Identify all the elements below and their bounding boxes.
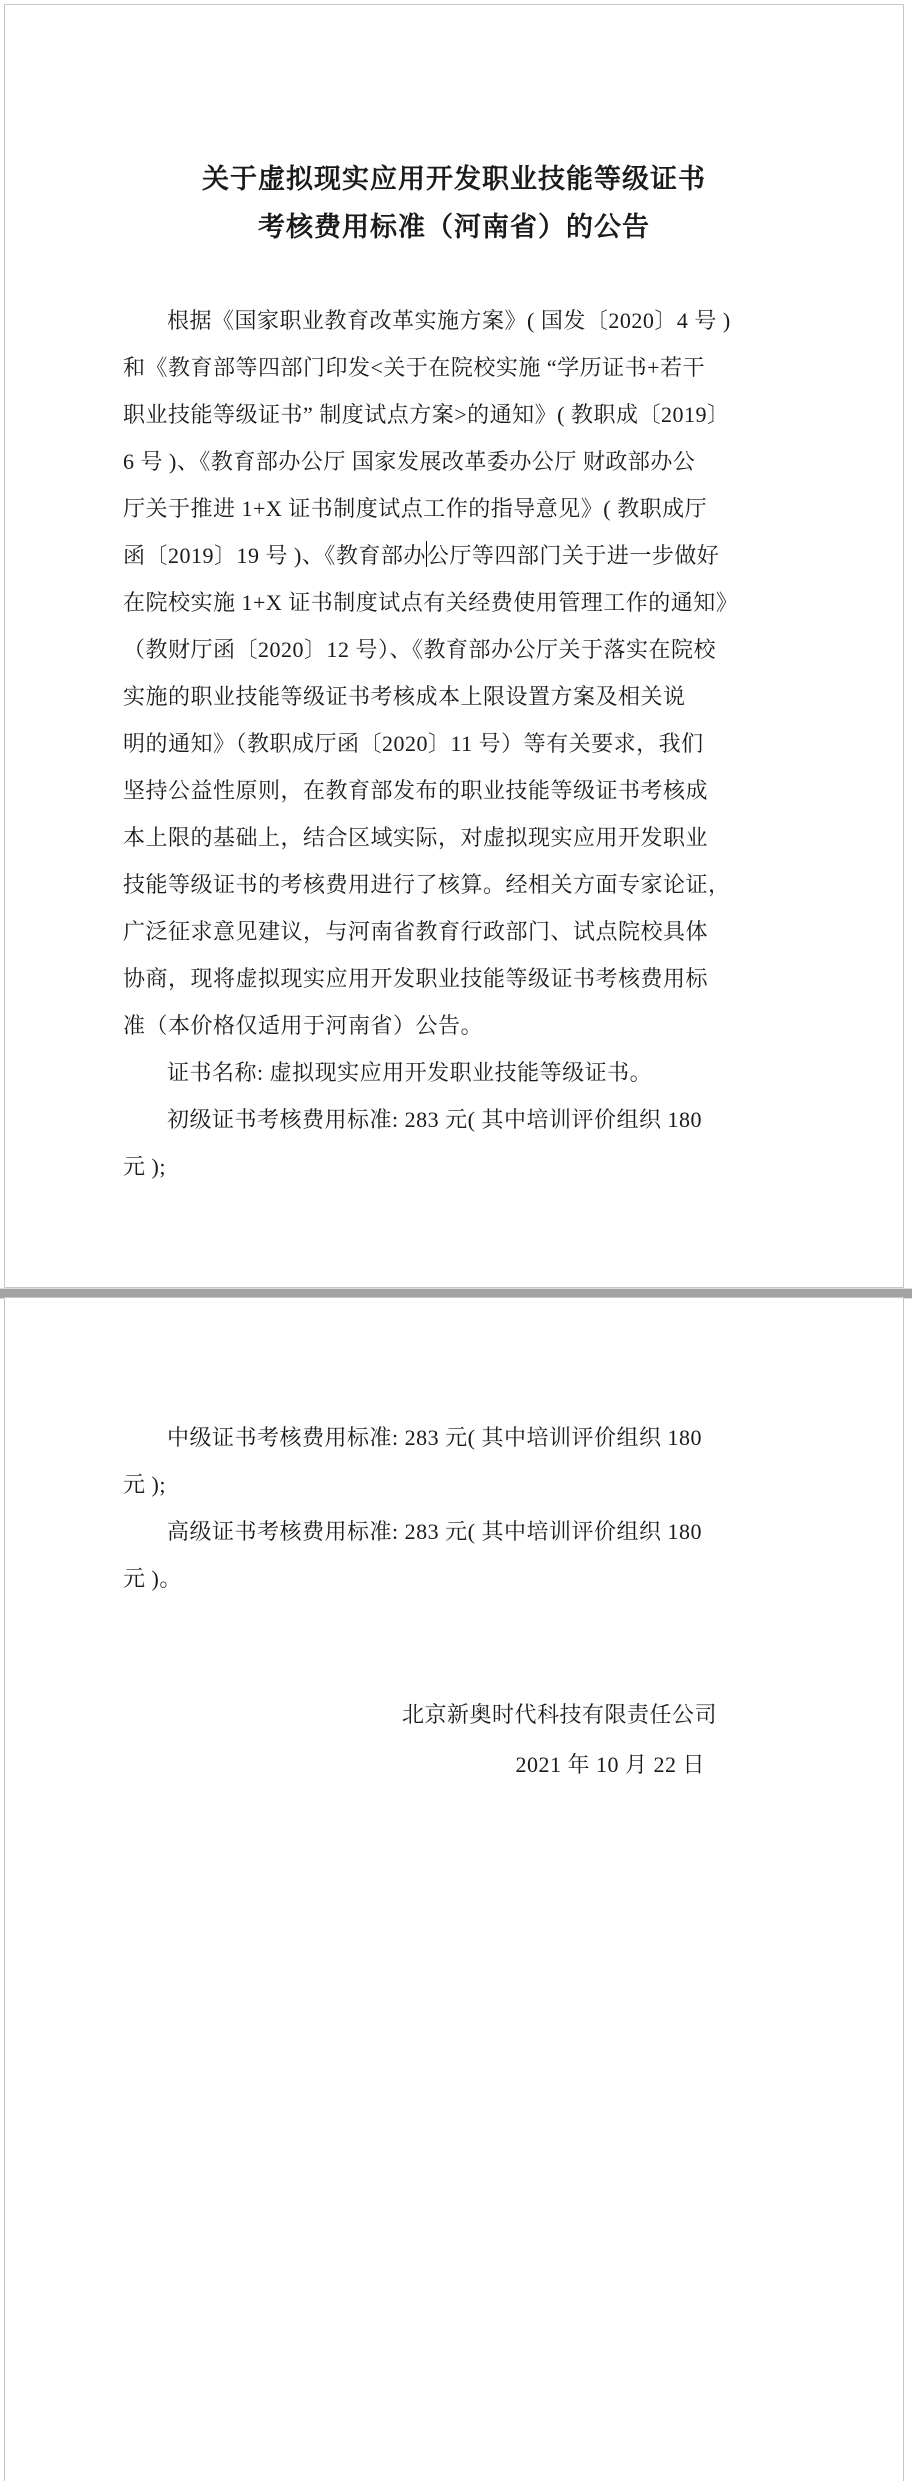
doc-title-line-1: 关于虚拟现实应用开发职业技能等级证书 — [5, 155, 903, 203]
signature-block: 北京新奥时代科技有限责任公司 2021 年 10 月 22 日 — [123, 1690, 809, 1790]
senior-fee-line: 高级证书考核费用标准: 283 元( 其中培训评价组织 180 — [123, 1508, 809, 1555]
mid-fee-line: 元 ); — [123, 1461, 809, 1508]
cert-name-line: 证书名称: 虚拟现实应用开发职业技能等级证书。 — [123, 1049, 809, 1096]
body-line: （教财厅函〔2020〕12 号）、《教育部办公厅关于落实在院校 — [123, 626, 809, 673]
signature-date: 2021 年 10 月 22 日 — [123, 1740, 809, 1790]
body-line: 技能等级证书的考核费用进行了核算。经相关方面专家论证， — [123, 861, 809, 908]
body-line: 广泛征求意见建议，与河南省教育行政部门、试点院校具体 — [123, 908, 809, 955]
doc-body-page-1: 根据《国家职业教育改革实施方案》( 国发〔2020〕4 号 ) 和《教育部等四部… — [123, 297, 809, 1190]
junior-fee-line: 初级证书考核费用标准: 283 元( 其中培训评价组织 180 — [123, 1096, 809, 1143]
mid-fee-line: 中级证书考核费用标准: 283 元( 其中培训评价组织 180 — [123, 1414, 809, 1461]
body-line: 职业技能等级证书” 制度试点方案>的通知》( 教职成〔2019〕 — [123, 391, 809, 438]
page-1[interactable]: 关于虚拟现实应用开发职业技能等级证书 考核费用标准（河南省）的公告 根据《国家职… — [4, 4, 904, 1288]
body-line: 协商，现将虚拟现实应用开发职业技能等级证书考核费用标 — [123, 955, 809, 1002]
body-line: 明的通知》（教职成厅函〔2020〕11 号）等有关要求，我们 — [123, 720, 809, 767]
body-line: 厅关于推进 1+X 证书制度试点工作的指导意见》( 教职成厅 — [123, 485, 809, 532]
body-line-segment: 函〔2019〕19 号 )、《教育部办 — [123, 543, 426, 568]
body-line-with-cursor: 函〔2019〕19 号 )、《教育部办公厅等四部门关于进一步做好 — [123, 532, 809, 579]
junior-fee-line: 元 ); — [123, 1143, 809, 1190]
body-line: 根据《国家职业教育改革实施方案》( 国发〔2020〕4 号 ) — [123, 297, 809, 344]
body-line: 实施的职业技能等级证书考核成本上限设置方案及相关说 — [123, 673, 809, 720]
body-line: 坚持公益性原则，在教育部发布的职业技能等级证书考核成 — [123, 767, 809, 814]
body-line: 6 号 )、《教育部办公厅 国家发展改革委办公厅 财政部办公 — [123, 438, 809, 485]
doc-title: 关于虚拟现实应用开发职业技能等级证书 考核费用标准（河南省）的公告 — [5, 155, 903, 251]
signature-company: 北京新奥时代科技有限责任公司 — [123, 1690, 809, 1740]
body-line: 在院校实施 1+X 证书制度试点有关经费使用管理工作的通知》 — [123, 579, 809, 626]
doc-title-line-2: 考核费用标准（河南省）的公告 — [5, 203, 903, 251]
body-line: 本上限的基础上，结合区域实际，对虚拟现实应用开发职业 — [123, 814, 809, 861]
doc-body-page-2: 中级证书考核费用标准: 283 元( 其中培训评价组织 180 元 ); 高级证… — [123, 1414, 809, 1790]
body-line: 和《教育部等四部门印发<关于在院校实施 “学历证书+若干 — [123, 344, 809, 391]
senior-fee-line: 元 )。 — [123, 1555, 809, 1602]
body-line: 准（本价格仅适用于河南省）公告。 — [123, 1002, 809, 1049]
page-2[interactable]: 中级证书考核费用标准: 283 元( 其中培训评价组织 180 元 ); 高级证… — [4, 1297, 904, 2481]
body-line-segment: 公厅等四部门关于进一步做好 — [427, 543, 720, 568]
